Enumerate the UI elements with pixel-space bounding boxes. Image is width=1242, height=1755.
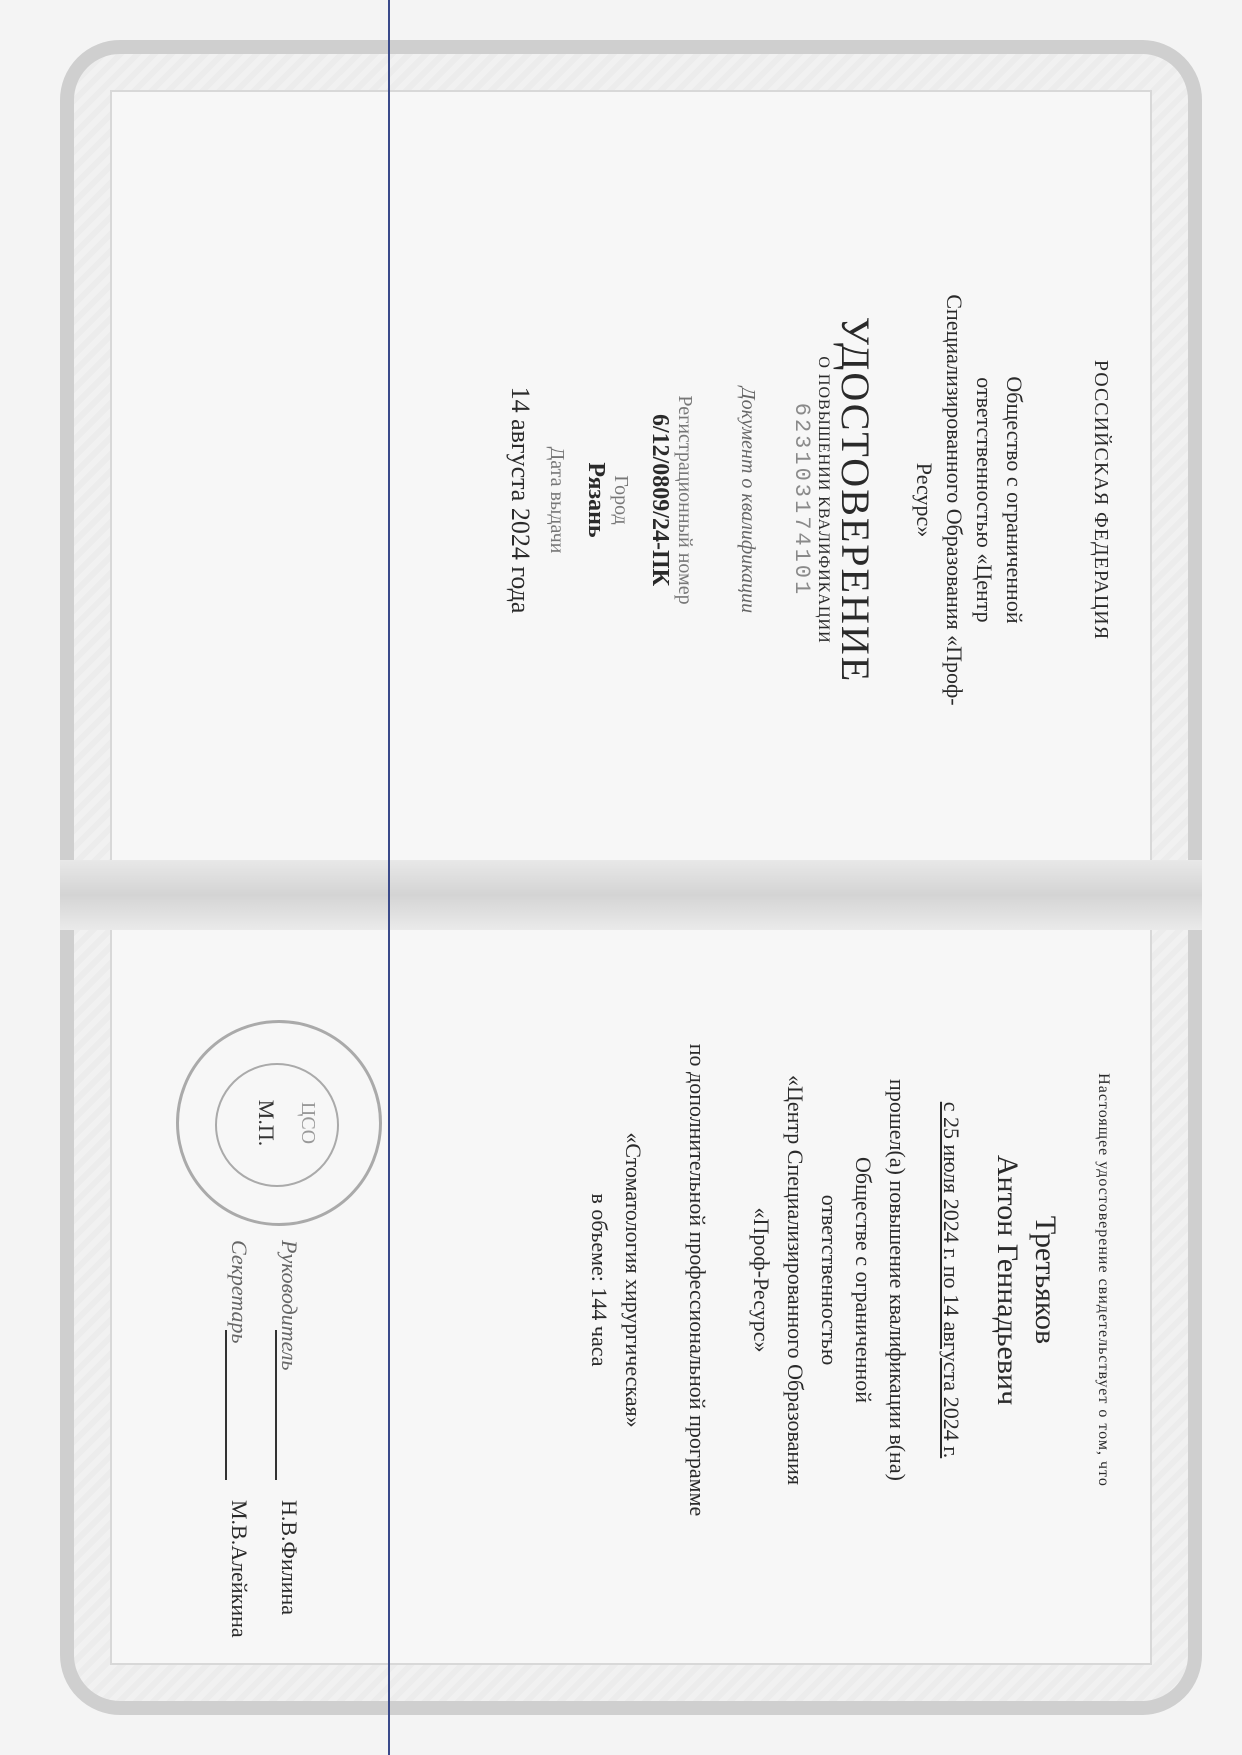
head-label: Руководитель (276, 1240, 302, 1370)
date-label: Дата выдачи (545, 180, 568, 820)
reg-label: Регистрационный номер (673, 180, 696, 820)
country: РОССИЙСКАЯ ФЕДЕРАЦИЯ (1089, 180, 1112, 820)
head-signature (275, 1330, 277, 1480)
left-page: РОССИЙСКАЯ ФЕДЕРАЦИЯ Общество с ограниче… (505, 180, 1112, 820)
given-names: Антон Геннадьевич (988, 960, 1026, 1600)
period: с 25 июля 2024 г. по 14 августа 2024 г. (934, 960, 968, 1600)
reg-number: 6/12/0809/24-ПК (646, 180, 673, 820)
certificate-sheet: РОССИЙСКАЯ ФЕДЕРАЦИЯ Общество с ограниче… (0, 0, 1242, 1755)
program-intro: по дополнительной профессиональной прогр… (680, 960, 714, 1600)
doc-type: Документ о квалификации (736, 180, 759, 820)
program-name: «Стоматология хирургическая» (616, 960, 650, 1600)
stamp-mp: М.П. (253, 1023, 279, 1223)
surname: Третьяков (1026, 960, 1064, 1600)
head-name: Н.В.Филина (276, 1500, 302, 1615)
right-page: Настоящее удостоверение свидетельствует … (582, 960, 1112, 1600)
org-line: Общество с ограниченной (999, 180, 1029, 820)
fold-crease (60, 860, 1202, 930)
stamp-center: ЦСО (296, 1023, 319, 1223)
doc-subtitle: О ПОВЫШЕНИИ КВАЛИФИКАЦИИ (814, 180, 832, 820)
body-line: Обществе с ограниченной (846, 960, 880, 1600)
issue-date: 14 августа 2024 года (505, 180, 535, 820)
org-line: Специализированного Образования «Проф- (939, 180, 969, 820)
body-line: «Проф-Ресурс» (744, 960, 778, 1600)
official-stamp: ЦСО М.П. (176, 1020, 382, 1226)
city: Рязань (582, 180, 609, 820)
body-line: «Центр Специализированного Образования (778, 960, 812, 1600)
body-line: ответственностью (812, 960, 846, 1600)
org-line: ответственностью «Центр (969, 180, 999, 820)
scan-line (388, 0, 390, 1755)
secretary-label: Секретарь (226, 1240, 252, 1344)
intro: Настоящее удостоверение свидетельствует … (1094, 960, 1112, 1600)
doc-title: УДОСТОВЕРЕНИЕ (832, 180, 879, 820)
body-line: прошел(а) повышение квалификации в(на) (880, 960, 914, 1600)
secretary-name: М.В.Алейкина (226, 1500, 252, 1638)
org-line: Ресурс» (909, 180, 939, 820)
hours: в объеме: 144 часа (582, 960, 616, 1600)
serial-number: 623103174101 (789, 180, 814, 820)
secretary-signature (225, 1330, 227, 1480)
city-label: Город (609, 180, 632, 820)
